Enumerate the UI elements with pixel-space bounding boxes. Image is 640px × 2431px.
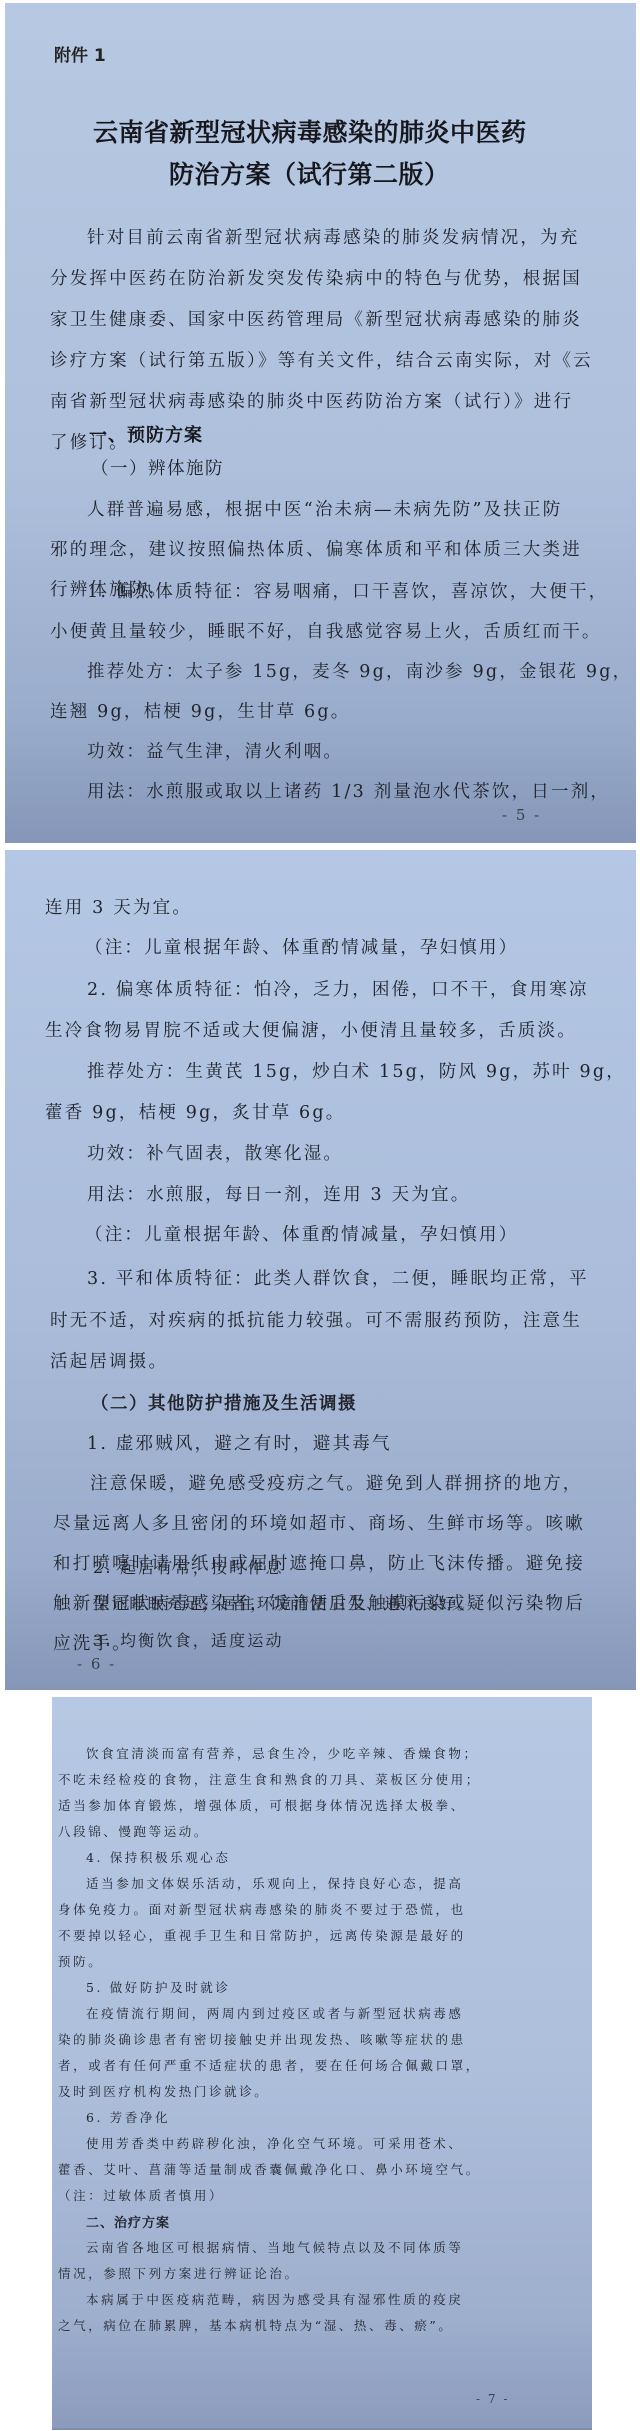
document-page-7: 饮食宜清淡而富有营养，忌食生冷，少吃辛辣、香燥食物； 不吃未经检疫的食物，注意生… [52,1697,592,2430]
document-title-line-1: 云南省新型冠状病毒感染的肺炎中医药 [93,113,527,149]
paragraph-line: 适当参加文体娱乐活动，乐观向上，保持良好心态，提高 [86,1874,464,1892]
paragraph-line: 4. 保持积极乐观心态 [86,1848,231,1866]
note-line: （注：过敏体质者慎用） [58,2186,224,2204]
note-line: （注：儿童根据年龄、体重酌情减量，孕妇慎用） [85,1221,518,1246]
paragraph-line: 2. 起居有常，按时作息 [93,1555,284,1578]
document-title-line-2: 防治方案（试行第二版） [169,155,450,191]
paragraph-line: 云南省各地区可根据病情、当地气候特点以及不同体质等 [86,2238,464,2256]
paragraph-line: 邪的理念，建议按照偏热体质、偏寒体质和平和体质三大类进 [50,536,582,561]
paragraph-line: 3. 均衡饮食，适度运动 [93,1628,284,1651]
paragraph-line: 不吃未经检疫的食物，注意生食和熟食的刀具、菜板区分使用； [58,1770,481,1788]
subsection-heading: （一）辨体施防 [91,455,224,480]
paragraph-line: 人群普遍易感，根据中医“治未病—未病先防”及扶正防 [87,496,562,521]
paragraph-line: 情况，参照下列方案进行辨证论治。 [58,2264,300,2282]
paragraph-line: 家卫生健康委、国家中医药管理局《新型冠状病毒感染的肺炎 [50,306,582,331]
paragraph-line: 注意保暖，避免感受疫疠之气。避免到人群拥挤的地方， [90,1470,583,1495]
paragraph-line: 预防。 [58,1952,103,1970]
paragraph-line: 南省新型冠状病毒感染的肺炎中医药防治方案（试行）》进行 [50,388,573,413]
section-heading-prevention: 一、预防方案 [89,421,203,447]
paragraph-line: 之气，病位在肺累脾，基本病机特点为“湿、热、毒、瘀”。 [58,2316,453,2334]
paragraph-line: 身体免疫力。面对新型冠状病毒感染的肺炎不要过于恐慌，也 [58,1900,466,1918]
paragraph-line: 功效：益气生津，清火利咽。 [87,738,343,763]
paragraph-line: 诊疗方案（试行第五版）》等有关文件，结合云南实际，对《云 [50,347,593,372]
paragraph-line: 染的肺炎确诊患者有密切接触史并出现发热、咳嗽等症状的患 [58,2030,466,2048]
paragraph-line: 功效：补气固表，散寒化湿。 [87,1140,343,1165]
paragraph-line: 针对目前云南省新型冠状病毒感染的肺炎发病情况，为充 [87,224,580,249]
paragraph-line: 藿香、艾叶、菖蒲等适量制成香囊佩戴净化口、鼻小环境空气。 [58,2160,481,2178]
paragraph-line: 者，或者有任何严重不适症状的患者，要在任何场合佩戴口罩， [58,2056,481,2074]
subsection-heading: （二）其他防护措施及生活调摄 [91,1390,357,1415]
document-page-5: 附件 1 云南省新型冠状病毒感染的肺炎中医药 防治方案（试行第二版） 针对目前云… [5,3,636,843]
paragraph-line: 生冷食物易胃脘不适或大便偏溏，小便清且量较多，舌质淡。 [45,1017,577,1042]
paragraph-line: 不要掉以轻心，重视手卫生和日常防护，远离传染源是最好的 [58,1926,466,1944]
paragraph-line: 1. 虚邪贼风，避之有时，避其毒气 [87,1430,392,1455]
paragraph-line: 在疫情流行期间，两周内到过疫区或者与新型冠状病毒感 [86,2004,464,2022]
paragraph-line: 八段锦、慢跑等运动。 [58,1822,209,1840]
paragraph-line: 及时到医疗机构发热门诊就诊。 [58,2082,269,2100]
paragraph-line: 使用芳香类中药辟秽化浊，净化空气环境。可采用苍术、 [86,2134,464,2152]
paragraph-line: 推荐处方：太子参 15g，麦冬 9g，南沙参 9g，金银花 9g， [87,658,632,683]
section-heading-treatment: 二、治疗方案 [86,2212,170,2231]
paragraph-line: 尽量远离人多且密闭的环境如超市、商场、生鲜市场等。咳嗽 [53,1510,585,1535]
paragraph-line: 时无不适，对疾病的抵抗能力较强。可不需服药预防，注意生 [50,1307,582,1332]
paragraph-line: 3. 平和体质特征：此类人群饮食，二便，睡眠均正常，平 [87,1265,589,1290]
paragraph-line: 适当参加体育锻炼，增强体质，可根据身体情况选择太极拳、 [58,1796,466,1814]
paragraph-line: 保证睡眠充足，居住环境清洁卫生、通风良好。 [93,1591,475,1614]
paragraph-line: 5. 做好防护及时就诊 [86,1978,231,1996]
paragraph-line: 饮食宜清淡而富有营养，忌食生冷，少吃辛辣、香燥食物； [86,1744,479,1762]
paragraph-line: 2. 偏寒体质特征：怕冷，乏力，困倦，口不干，食用寒凉 [87,976,589,1001]
paragraph-line: 连翘 9g，桔梗 9g，生甘草 6g。 [50,698,351,723]
paragraph-line: 用法：水煎服，每日一剂，连用 3 天为宜。 [87,1181,470,1206]
paragraph-line: 本病属于中医疫病范畴，病因为感受具有湿邪性质的疫戾 [86,2290,464,2308]
page-number: - 5 - [502,806,541,824]
page-number: - 7 - [476,2392,509,2406]
paragraph-line: 1. 偏热体质特征：容易咽痛，口干喜饮，喜凉饮，大便干， [87,578,608,603]
page-number: - 6 - [77,1655,116,1673]
paragraph-line: 连用 3 天为宜。 [45,894,192,919]
paragraph-line: 推荐处方：生黄芪 15g，炒白术 15g，防风 9g，苏叶 9g， [87,1058,626,1083]
paragraph-line: 藿香 9g，桔梗 9g，炙甘草 6g。 [45,1099,346,1124]
paragraph-line: 活起居调摄。 [50,1348,168,1373]
paragraph-line: 分发挥中医药在防治新发突发传染病中的特色与优势，根据国 [50,265,582,290]
paragraph-line: 6. 芳香净化 [86,2108,170,2126]
paragraph-line: 用法：水煎服或取以上诸药 1/3 剂量泡水代茶饮，日一剂， [87,778,610,803]
paragraph-line: 小便黄且量较少，睡眠不好，自我感觉容易上火，舌质红而干。 [50,618,602,643]
note-line: （注：儿童根据年龄、体重酌情减量，孕妇慎用） [85,934,518,959]
annex-label: 附件 1 [54,41,106,66]
